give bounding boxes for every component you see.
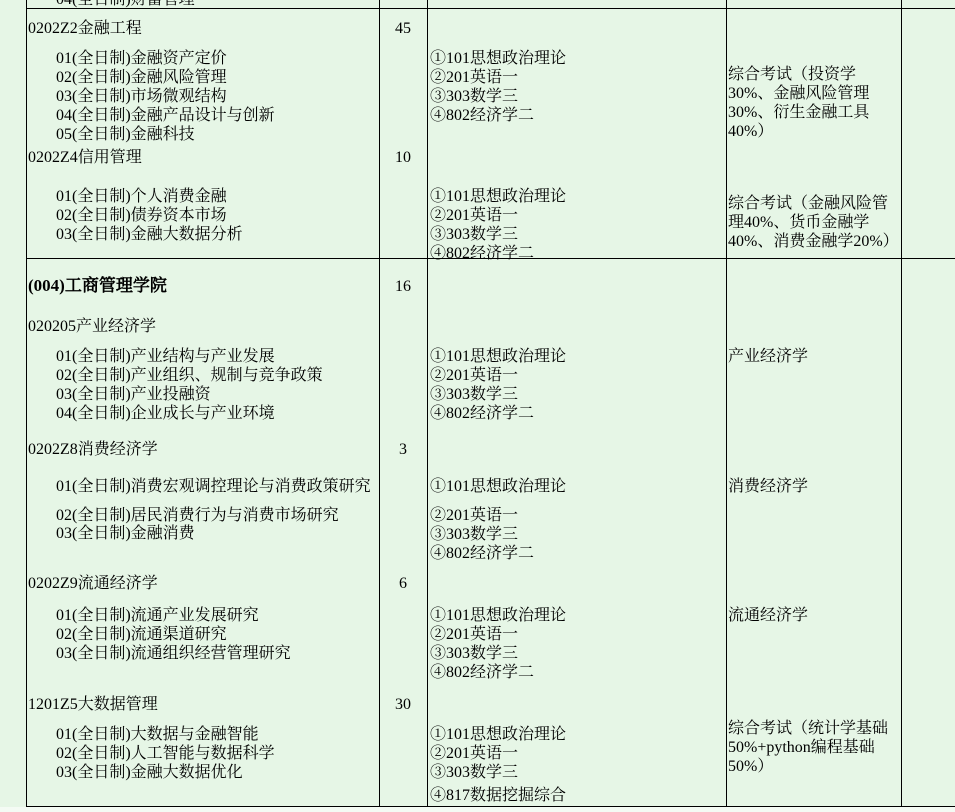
remark-note: 产业经济学: [728, 347, 900, 366]
exam-subject: ③303数学三: [430, 525, 518, 544]
exam-subject: ④802经济学二: [430, 106, 534, 125]
research-direction: 02(全日制)流通渠道研究: [56, 625, 227, 644]
exam-subject: ①101思想政治理论: [430, 49, 566, 68]
remark-note: 综合考试（投资学30%、金融风险管理30%、衍生金融工具40%）: [728, 65, 900, 141]
research-direction: 03(全日制)金融大数据分析: [56, 225, 243, 244]
research-direction: 01(全日制)个人消费金融: [56, 187, 227, 206]
research-direction: 01(全日制)产业结构与产业发展: [56, 347, 275, 366]
research-direction: 05(全日制)金融科技: [56, 125, 195, 144]
program-title: 1201Z5大数据管理: [28, 695, 158, 714]
program-title: 020205产业经济学: [28, 317, 156, 336]
exam-subject: ②201英语一: [430, 206, 518, 225]
enrollment-count: 16: [379, 277, 427, 296]
research-direction: 02(全日制)产业组织、规制与竞争政策: [56, 366, 323, 385]
research-direction: 04(全日制)企业成长与产业环境: [56, 404, 275, 423]
exam-subject: ④802经济学二: [430, 544, 534, 563]
exam-subject: ②201英语一: [430, 744, 518, 763]
exam-subject: ③303数学三: [430, 225, 518, 244]
exam-subject: ③303数学三: [430, 644, 518, 663]
program-title: 0202Z2金融工程: [28, 19, 142, 38]
exam-subject: ②201英语一: [430, 625, 518, 644]
exam-subject: ④802经济学二: [430, 663, 534, 682]
exam-subject: ①101思想政治理论: [430, 606, 566, 625]
college-title: (004)工商管理学院: [28, 276, 167, 295]
exam-subject: ②201英语一: [430, 366, 518, 385]
research-direction: 03(全日制)产业投融资: [56, 385, 211, 404]
enrollment-count: 45: [379, 19, 427, 38]
exam-subject: ①101思想政治理论: [430, 725, 566, 744]
remark-note: 消费经济学: [728, 477, 900, 496]
exam-subject: ③303数学三: [430, 385, 518, 404]
table-border-remark-left: [726, 0, 727, 806]
research-direction: 01(全日制)消费宏观调控理论与消费政策研究: [56, 477, 371, 496]
exam-subject: ②201英语一: [430, 68, 518, 87]
remark-note: 流通经济学: [728, 606, 900, 625]
research-direction: 03(全日制)市场微观结构: [56, 87, 227, 106]
remark-note: 综合考试（统计学基础50%+python编程基础50%）: [728, 719, 900, 776]
research-direction: 03(全日制)金融大数据优化: [56, 763, 243, 782]
program-title: 0202Z4信用管理: [28, 148, 142, 167]
table-border-count-left: [379, 0, 380, 806]
enrollment-count: 3: [379, 440, 427, 459]
clipped-row-text: 04(全日制)财富管理: [56, 0, 195, 9]
exam-subject: ④802经济学二: [430, 244, 534, 263]
research-direction: 02(全日制)债券资本市场: [56, 206, 227, 225]
enrollment-count: 6: [379, 574, 427, 593]
research-direction: 01(全日制)金融资产定价: [56, 49, 227, 68]
exam-subject: ③303数学三: [430, 87, 518, 106]
exam-subject: ②201英语一: [430, 506, 518, 525]
research-direction: 03(全日制)流通组织经营管理研究: [56, 644, 291, 663]
exam-subject: ④802经济学二: [430, 404, 534, 423]
research-direction: 02(全日制)金融风险管理: [56, 68, 227, 87]
research-direction: 01(全日制)流通产业发展研究: [56, 606, 259, 625]
exam-subject: ①101思想政治理论: [430, 187, 566, 206]
exam-subject: ④817数据挖掘综合: [430, 786, 566, 805]
research-direction: 04(全日制)金融产品设计与创新: [56, 106, 275, 125]
table-border-exam-left: [427, 0, 428, 806]
exam-subject: ①101思想政治理论: [430, 347, 566, 366]
exam-subject: ③303数学三: [430, 763, 518, 782]
research-direction: 02(全日制)居民消费行为与消费市场研究: [56, 506, 339, 525]
table-border-last-col-left: [901, 0, 902, 806]
research-direction: 03(全日制)金融消费: [56, 524, 195, 543]
table-border-left: [26, 0, 27, 806]
research-direction: 01(全日制)大数据与金融智能: [56, 725, 259, 744]
program-title: 0202Z9流通经济学: [28, 574, 158, 593]
enrollment-count: 10: [379, 148, 427, 167]
remark-note: 综合考试（金融风险管理40%、货币金融学40%、消费金融学20%）: [728, 194, 900, 251]
enrollment-count: 30: [379, 695, 427, 714]
admissions-catalog-page: 04(全日制)财富管理 0202Z2金融工程 45 01(全日制)金融资产定价 …: [0, 0, 955, 812]
research-direction: 02(全日制)人工智能与数据科学: [56, 744, 275, 763]
page-bottom-strip: [0, 807, 955, 812]
exam-subject: ①101思想政治理论: [430, 477, 566, 496]
program-title: 0202Z8消费经济学: [28, 440, 158, 459]
